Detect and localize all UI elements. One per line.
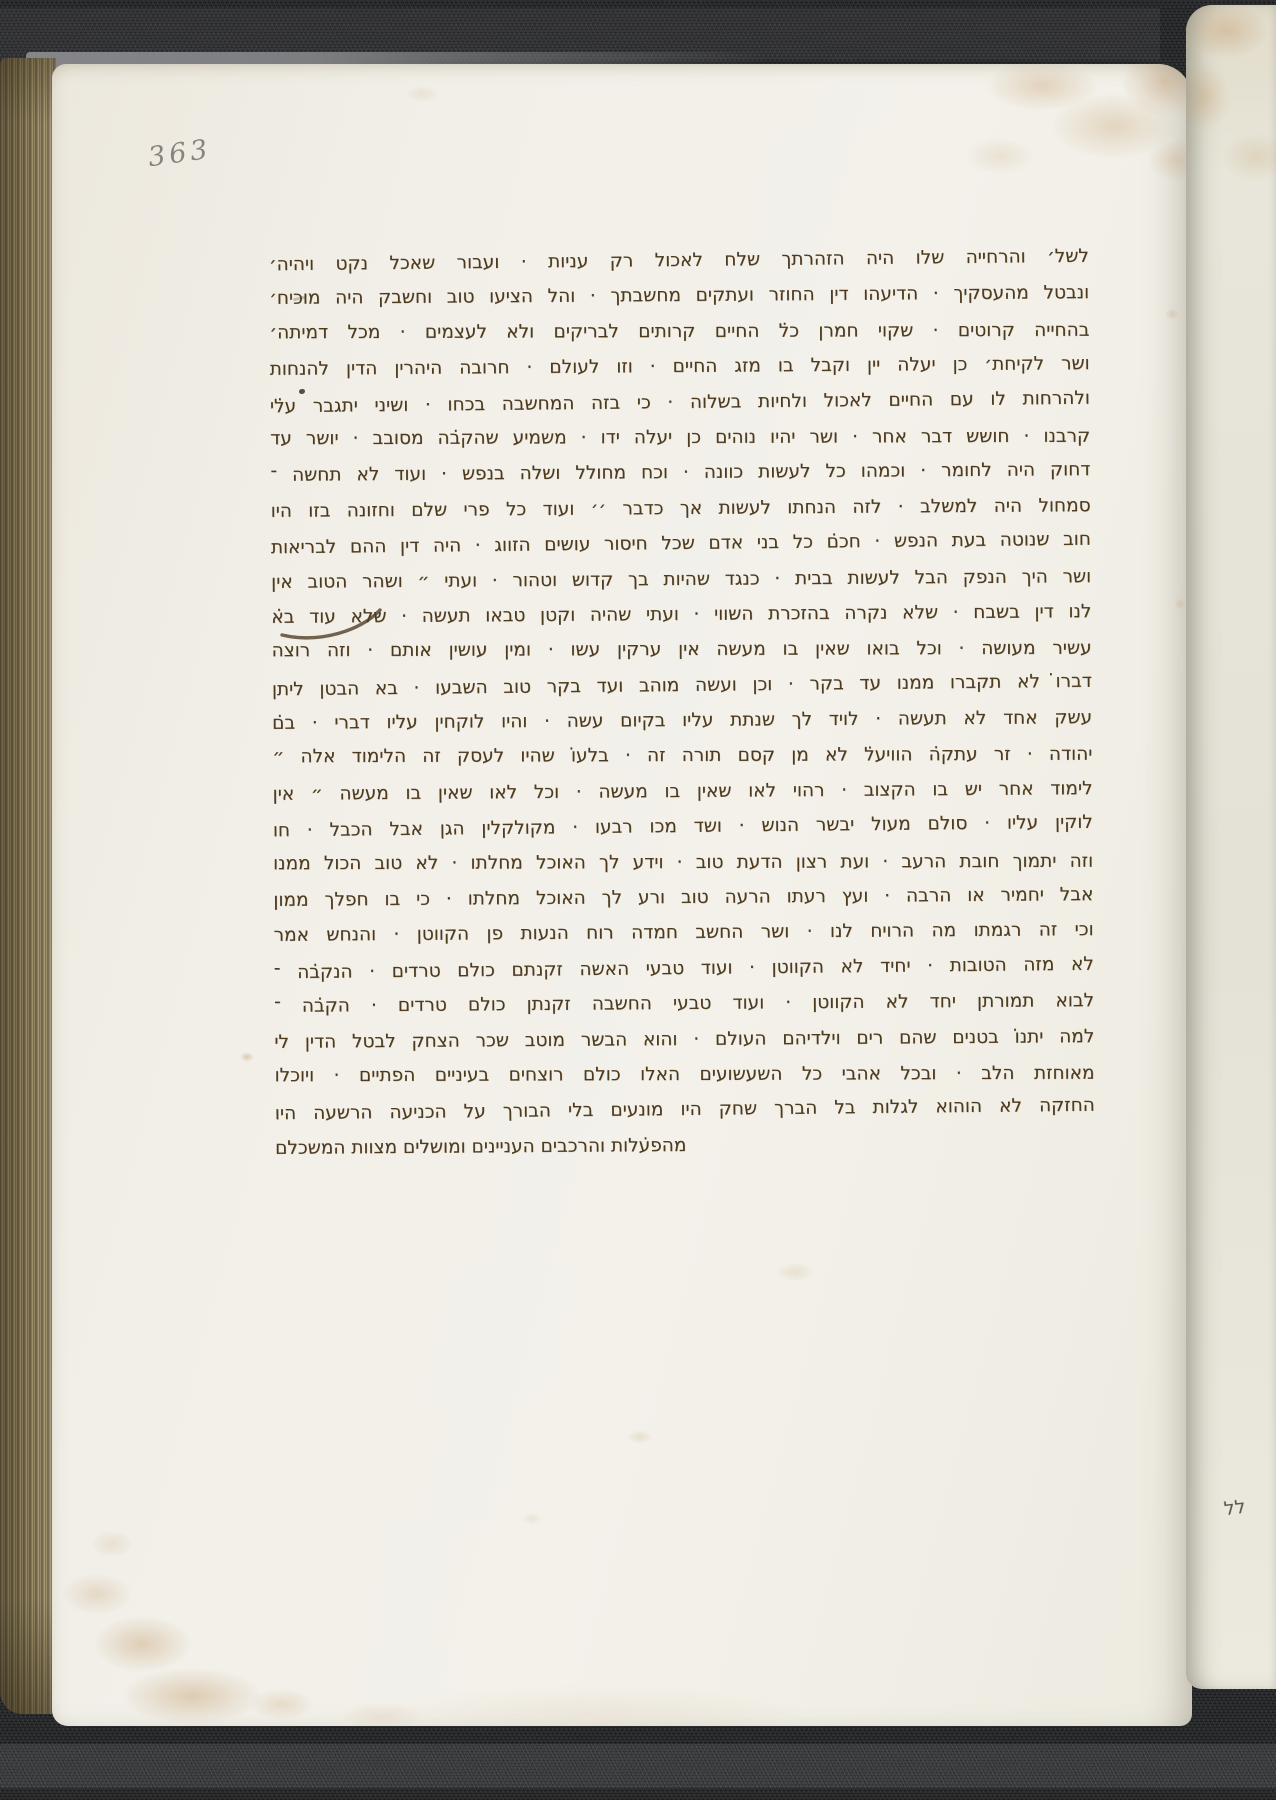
manuscript-page: 363 לשל׳ והרחייה שלו היה הזהרתך שלח לאכו…	[52, 64, 1192, 1726]
manuscript-text-line: למה יתנ̇ו בטנים שהם רים וילדיהם העולם · …	[274, 1019, 1094, 1060]
manuscript-text-line: ולהרחות לו עם החיים לאכול ולחיות בשלוה ·…	[270, 380, 1090, 424]
folio-number-pencil: 363	[146, 134, 213, 174]
manuscript-text-line: לבוא תמורתן יחד לא הקווטן · ועוד טבעי הח…	[274, 983, 1094, 1024]
manuscript-text-line: דחוק היה לחומר · וכמהו כל לעשות כוונה · …	[270, 452, 1090, 493]
manuscript-text-line: עשיר מעושה · וכל בואו שאין בו מעשה אין ע…	[272, 631, 1092, 669]
manuscript-text-line: לוקין עליו · סולם מעול יבשר הנוש · ושד מ…	[273, 805, 1093, 849]
manuscript-text-line: מאוחזת הלב · ובכל אהבי כל השעשועים האלו …	[275, 1056, 1095, 1094]
adjacent-page-corner-mark: לל	[1223, 1496, 1247, 1520]
manuscript-text-line: אבל יחמיר או הרבה · ועץ רעתו הרעה טוב ור…	[273, 877, 1093, 918]
fore-edge-page-stack	[0, 58, 56, 1714]
manuscript-text-line: וזה יתמוך חובת הרעב · ועת רצון הדעת טוב …	[273, 843, 1093, 881]
adjacent-text-line: שנתו נפתח כחסו	[1190, 144, 1276, 225]
manuscript-text-line: בהחייה קרוטים · שקוי חמרן כ̇ל החיים קרות…	[269, 313, 1089, 351]
adjacent-page: שנתו נפתח כחסושדרן ל כלים פ׳נפסיס בין ימ…	[1186, 5, 1276, 1689]
book-photograph: 363 לשל׳ והרחייה שלו היה הזהרתך שלח לאכו…	[0, 0, 1276, 1800]
manuscript-text-line: החזקה לא הוהוא לגלות בל הברך שחק היו מונ…	[275, 1088, 1095, 1132]
manuscript-text-line: ונבטל מהעסקיך · הדיעהו דין החוזר ועתקים …	[269, 276, 1089, 317]
manuscript-text-line: לנו דין בשבח · שלא נקרה בהזכרת השווי · ו…	[271, 594, 1091, 635]
manuscript-text-line: מהפ̇עלות והרכבים העניינים ומושלים מצוות …	[275, 1128, 693, 1166]
adjacent-page-text: שנתו נפתח כחסושדרן ל כלים פ׳נפסיס בין ימ…	[1190, 144, 1276, 1145]
manuscript-text-block: לשל׳ והרחייה שלו היה הזהרתך שלח לאכול רק…	[269, 240, 1095, 1166]
manuscript-text-line: ושר היך הנפק הבל לעשות בבית · כנגד שהיות…	[271, 559, 1091, 600]
manuscript-text-line: יהודה · זר עתק̇ה הוויע̇ל לא מן קסם תורה …	[272, 737, 1092, 775]
manuscript-text-line: קרבנו · חושש דבר אחר · ושר יהיו נוהים כן…	[270, 419, 1090, 457]
book-cover-bottom-band	[0, 1744, 1276, 1788]
